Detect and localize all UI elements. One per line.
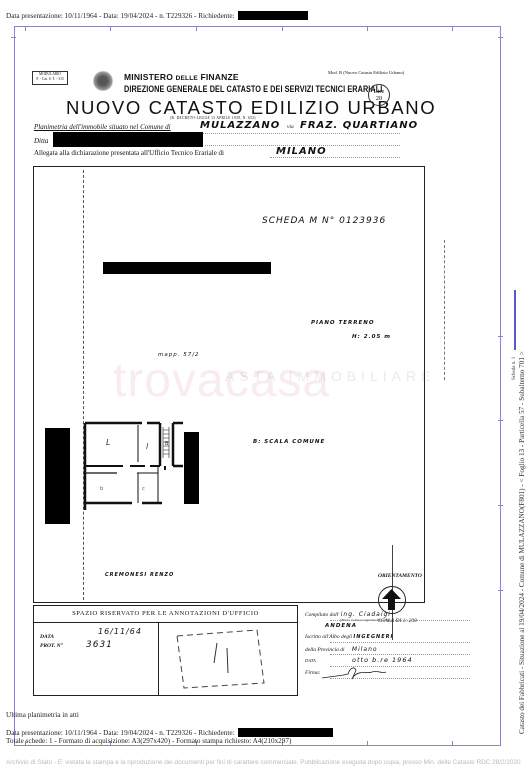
side-cadastral-reference: Catasto dei Fabbricati - Situazione al 1… [518, 351, 526, 734]
compilato-label: Compilato dall' [305, 612, 339, 618]
dotted-line [330, 654, 470, 655]
redacted-neighbor-left [45, 428, 70, 524]
bottom-line-1-text: Data presentazione: 10/11/1964 - Data: 1… [6, 729, 235, 737]
compilato-titolo: ing. Ciadaigi [341, 611, 391, 618]
compilato-row: Compilato dall' ing. Ciadaigi [305, 611, 391, 618]
frame-tick [11, 37, 16, 38]
compilato-nome: ANDENA [325, 623, 357, 629]
svg-text:l: l [146, 442, 149, 451]
lire-stamp: Lire 20 [368, 84, 390, 106]
frame-tick [367, 26, 368, 31]
provincia-value: Milano [352, 646, 378, 653]
lire-label: Lire [369, 88, 389, 95]
annotation-prot-value: 3631 [86, 640, 113, 650]
ministero-word: MINISTERO [124, 72, 173, 82]
piano-label: PIANO TERRENO [311, 320, 375, 326]
altezza-label: H: 2.05 m [352, 334, 391, 340]
annotation-data-value: 16/11/64 [98, 627, 142, 636]
albo-value: INGEGNERI [353, 634, 393, 640]
modulario-box: MODULARIO F. - Cat. S. T. - 315 [32, 71, 68, 85]
signature [320, 664, 390, 684]
boundary-line [444, 240, 445, 380]
via-value: FRAZ. QUARTIANO [300, 120, 418, 131]
republic-emblem-icon [93, 70, 113, 92]
svg-text:B: B [165, 441, 169, 447]
svg-text:L: L [106, 438, 110, 447]
ufficio-value: MILANO [276, 146, 327, 157]
direzione-title: DIREZIONE GENERALE DEL CATASTO E DEI SER… [124, 84, 382, 95]
frame-tick [196, 26, 197, 31]
mod-b-label: Mod. B (Nuovo Catasto Edilizio Urbano) [328, 70, 404, 75]
frame-tick [452, 741, 453, 746]
header-line: Data presentazione: 10/11/1964 - Data: 1… [6, 11, 308, 20]
frame-tick [498, 336, 503, 337]
frame-tick [498, 590, 503, 591]
redacted-requester [238, 728, 333, 737]
comune-value: MULAZZANO [200, 120, 280, 131]
dotted-line [270, 157, 400, 158]
finanze-word: FINANZE [200, 72, 238, 82]
provincia-label: della Provincia di [305, 647, 345, 653]
header-text: Data presentazione: 10/11/1964 - Data: 1… [6, 12, 235, 20]
planimetria-row: Planimetria dell'immobile situato nel Co… [34, 123, 171, 131]
annotation-prot-label: PROT. N° [40, 643, 63, 649]
frame-tick [110, 26, 111, 31]
annotations-title: SPAZIO RISERVATO PER LE ANNOTAZIONI D'UF… [33, 605, 298, 623]
frame-tick [25, 26, 26, 31]
bottom-line-1: Data presentazione: 10/11/1964 - Data: 1… [6, 728, 333, 737]
frame-tick [498, 37, 503, 38]
frame-tick [498, 505, 503, 506]
frame-tick [282, 26, 283, 31]
side-highlight-bar [514, 290, 516, 350]
orientation-label: ORIENTAMENTO [378, 573, 422, 579]
ditta-label: Ditta [34, 137, 48, 145]
office-stamp [172, 628, 272, 690]
frame-tick [452, 26, 453, 31]
provincia-row: della Provincia di Milano [305, 646, 378, 653]
lire-value: 20 [369, 95, 389, 102]
frame-tick [498, 420, 503, 421]
dotted-line [200, 133, 400, 134]
footer-disclaimer: Archivio di Stato - E' vietata la stampa… [6, 759, 521, 766]
svg-text:c: c [142, 486, 145, 492]
albo-row: Iscritto all'Albo degli INGEGNERI [305, 634, 393, 640]
property-boundary-line [83, 170, 84, 600]
delle-word: DELLE [176, 75, 198, 82]
north-arrow-icon [378, 586, 406, 614]
dotted-line [330, 620, 470, 621]
firma-label: Firma: [305, 670, 321, 676]
scheda-number: SCHEDA M N° 0123936 [262, 216, 386, 226]
dotted-line [330, 666, 470, 667]
planimetria-label: Planimetria dell'immobile situato nel Co… [34, 123, 171, 131]
dotted-line [330, 678, 470, 679]
redacted-owner [53, 132, 203, 147]
compilato-data-value: otto b.re 1964 [352, 656, 413, 664]
watermark-subtitle: ASTA IMMOBILIARE [225, 368, 435, 384]
dotted-line [330, 642, 470, 643]
bottom-line-2: Totale schede: 1 - Formato di acquisizio… [6, 737, 291, 745]
ministero-title: MINISTERO DELLE FINANZE [124, 72, 239, 82]
compilato-data-label: DATA [305, 658, 316, 663]
redacted-neighbor-right [184, 432, 199, 504]
albo-label: Iscritto all'Albo degli [305, 634, 352, 640]
confinante-label: CREMONESI RENZO [105, 572, 174, 578]
ultima-planimetria-label: Ultima planimetria in atti [6, 711, 79, 719]
floor-plan-drawing: L l B b c [80, 415, 185, 510]
frame-tick [367, 741, 368, 746]
via-label: via [287, 124, 294, 130]
annotation-data-label: DATA [40, 634, 54, 640]
scala-comune-label: B: SCALA COMUNE [253, 439, 325, 445]
redacted-address [103, 262, 271, 274]
svg-text:b: b [100, 486, 103, 492]
side-scheda-number: Scheda n. 1 [512, 357, 517, 380]
redacted-requester [238, 11, 308, 20]
modulario-code: F. - Cat. S. T. - 315 [33, 77, 67, 82]
allegata-label: Allegata alla dichiarazione presentata a… [34, 149, 224, 157]
annotations-divider [158, 623, 159, 696]
